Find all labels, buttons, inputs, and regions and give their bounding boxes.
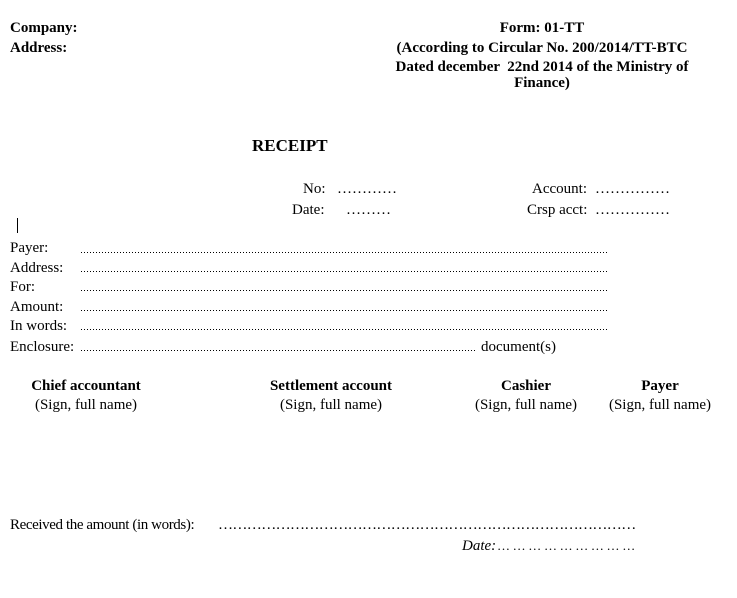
signature-note: (Sign, full name) bbox=[6, 396, 166, 414]
field-dotted-line[interactable] bbox=[80, 290, 608, 291]
crsp-acct-label: Crsp acct: bbox=[527, 201, 587, 219]
footer-date-dots[interactable]: … … … … … … … … … bbox=[497, 537, 635, 555]
field-label: Enclosure: bbox=[10, 338, 74, 356]
company-label: Company: bbox=[10, 19, 78, 37]
field-dotted-line[interactable] bbox=[80, 252, 608, 253]
enclosure-suffix: document(s) bbox=[481, 338, 556, 356]
signature-note: (Sign, full name) bbox=[251, 396, 411, 414]
field-label: Address: bbox=[10, 259, 63, 277]
field-label: For: bbox=[10, 278, 35, 296]
circular-line-3: Finance) bbox=[347, 74, 737, 92]
field-dotted-line[interactable] bbox=[80, 329, 608, 330]
no-value[interactable]: ………… bbox=[337, 180, 397, 198]
form-code: Form: 01-TT bbox=[347, 19, 737, 37]
field-dotted-line[interactable] bbox=[80, 271, 608, 272]
signature-role: Payer bbox=[580, 377, 737, 395]
received-amount-label: Received the amount (in words): bbox=[10, 516, 194, 534]
field-dotted-line[interactable] bbox=[80, 310, 608, 311]
field-label: Payer: bbox=[10, 239, 48, 257]
date-label: Date: bbox=[292, 201, 324, 219]
field-label: In words: bbox=[10, 317, 67, 335]
date-value[interactable]: ……… bbox=[346, 201, 391, 219]
signature-note: (Sign, full name) bbox=[580, 396, 737, 414]
footer-date-label: Date: bbox=[462, 537, 496, 555]
field-dotted-line[interactable] bbox=[80, 350, 477, 351]
account-value[interactable]: …………… bbox=[595, 180, 670, 198]
account-label: Account: bbox=[532, 180, 587, 198]
text-cursor bbox=[17, 218, 18, 233]
received-amount-dots[interactable]: …………………………………………………………………………… bbox=[218, 516, 636, 534]
crsp-acct-value[interactable]: …………… bbox=[595, 201, 670, 219]
no-label: No: bbox=[303, 180, 326, 198]
signature-role: Chief accountant bbox=[6, 377, 166, 395]
field-label: Amount: bbox=[10, 298, 63, 316]
circular-line-1: (According to Circular No. 200/2014/TT-B… bbox=[347, 39, 737, 57]
address-label: Address: bbox=[10, 39, 67, 57]
signature-role: Settlement account bbox=[251, 377, 411, 395]
page-title: RECEIPT bbox=[252, 137, 328, 155]
